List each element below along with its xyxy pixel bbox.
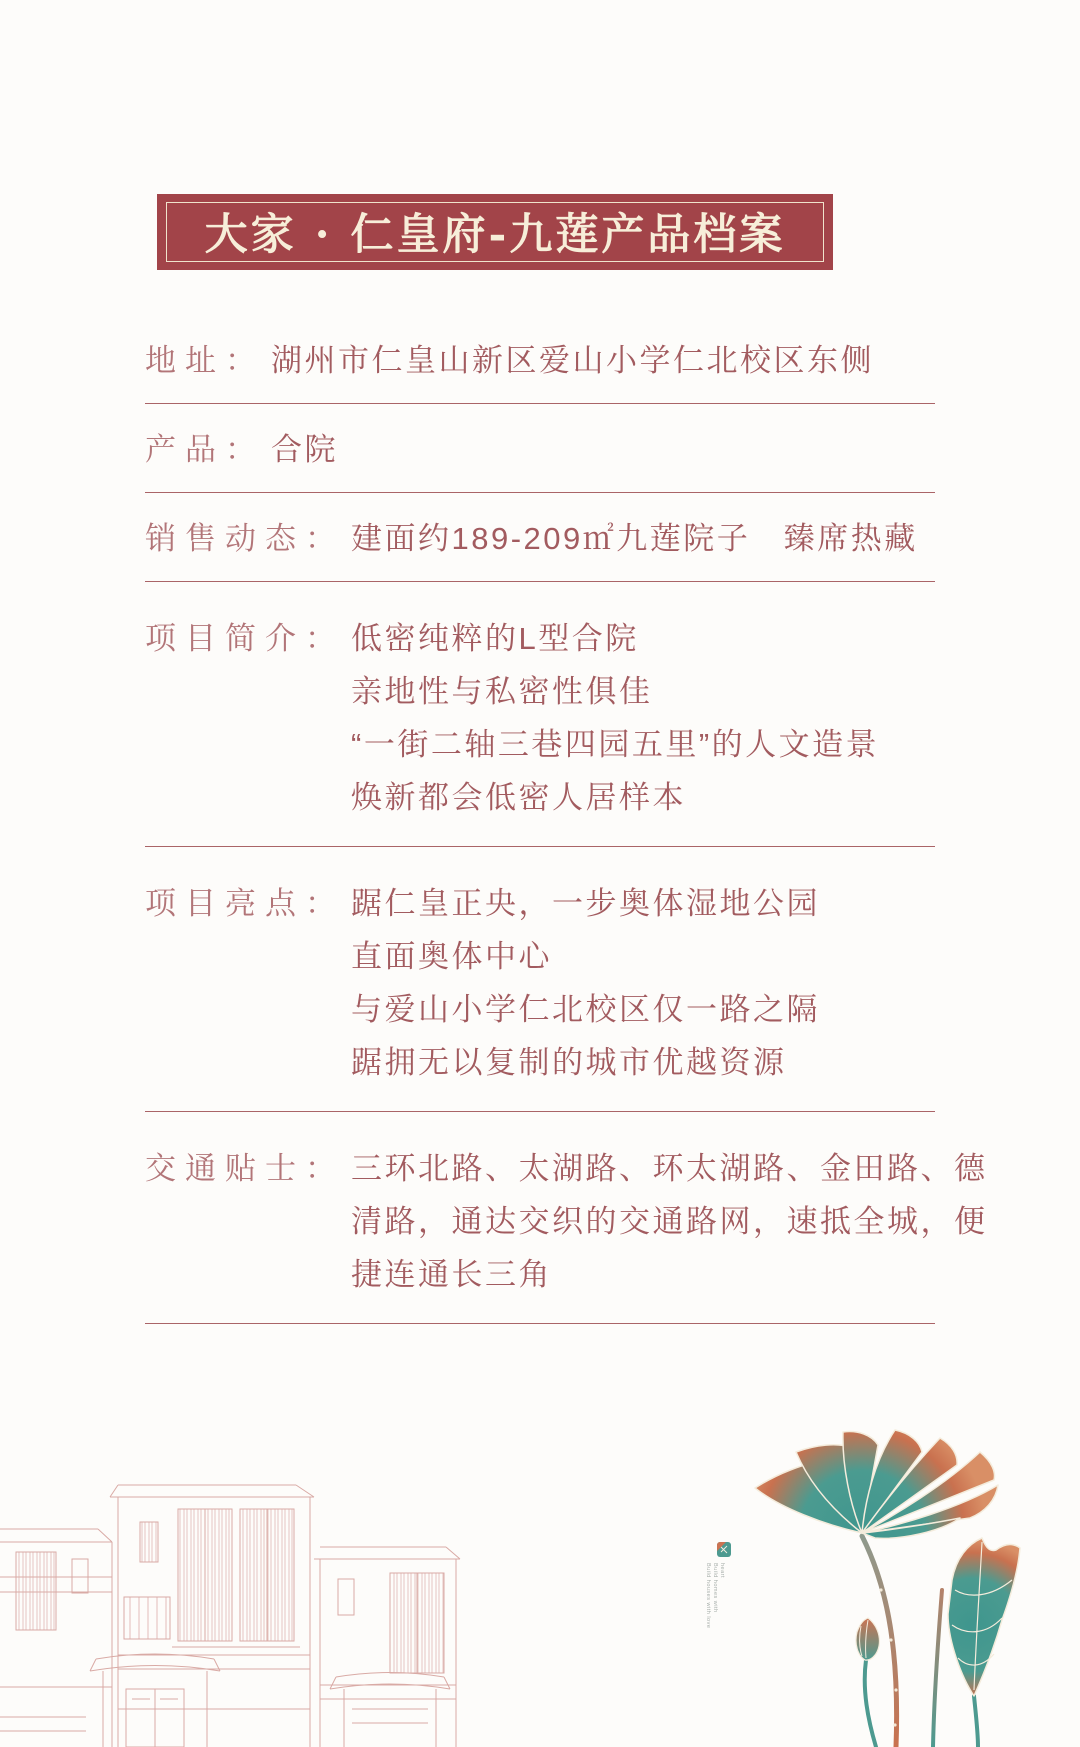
traffic-lines: 三环北路、太湖路、环太湖路、金田路、德 清路，通达交织的交通路网，速抵全城，便 … (351, 1142, 988, 1301)
field-row-product: 产品： 合院 (145, 404, 935, 493)
brand-seal (717, 1542, 731, 1557)
field-label-address: 地址： (145, 339, 265, 383)
field-row-address: 地址： 湖州市仁皇山新区爱山小学仁北校区东侧 (145, 315, 935, 404)
lotus-bud (856, 1618, 879, 1660)
section-intro: 项目简介： 低密纯粹的L型合院 亲地性与私密性俱佳 “一街二轴三巷四园五里”的人… (145, 582, 935, 847)
info-list: 地址： 湖州市仁皇山新区爱山小学仁北校区东侧 产品： 合院 销售动态： 建面约1… (145, 315, 935, 1324)
traffic-line: 三环北路、太湖路、环太湖路、金田路、德 (351, 1142, 988, 1195)
section-highlights: 项目亮点： 踞仁皇正央，一步奥体湿地公园 直面奥体中心 与爱山小学仁北校区仅一路… (145, 847, 935, 1112)
title-banner-border: 大家 · 仁皇府-九莲产品档案 (166, 202, 824, 262)
highlight-line: 踞拥无以复制的城市优越资源 (351, 1036, 820, 1089)
field-label-sales: 销售动态： (145, 517, 345, 561)
field-label-product: 产品： (145, 428, 265, 472)
brand-slogan: Build houses with love Build homes with … (705, 1563, 725, 1628)
highlight-line: 直面奥体中心 (351, 930, 820, 983)
lotus-big-leaf (755, 1430, 998, 1538)
intro-line: 亲地性与私密性俱佳 (351, 665, 879, 718)
poster-page: 大家 · 仁皇府-九莲产品档案 地址： 湖州市仁皇山新区爱山小学仁北校区东侧 产… (0, 0, 1080, 1747)
highlight-line: 踞仁皇正央，一步奥体湿地公园 (351, 877, 820, 930)
architecture-sketch (0, 1447, 465, 1747)
lotus-side-leaf (948, 1538, 1020, 1696)
intro-lines: 低密纯粹的L型合院 亲地性与私密性俱佳 “一街二轴三巷四园五里”的人文造景 焕新… (351, 612, 879, 824)
highlights-lines: 踞仁皇正央，一步奥体湿地公园 直面奥体中心 与爱山小学仁北校区仅一路之隔 踞拥无… (351, 877, 820, 1089)
field-value-address: 湖州市仁皇山新区爱山小学仁北校区东侧 (271, 339, 874, 383)
brand-slogan-line: Build houses with love (705, 1563, 711, 1628)
traffic-line: 清路，通达交织的交通路网，速抵全城，便 (351, 1195, 988, 1248)
field-label-highlights: 项目亮点： (145, 877, 345, 930)
intro-line: “一街二轴三巷四园五里”的人文造景 (351, 718, 879, 771)
field-label-intro: 项目简介： (145, 612, 345, 665)
brand-slogan-line: heart (719, 1563, 725, 1578)
lotus-illustration: Build houses with love Build homes with … (600, 1280, 1080, 1747)
field-value-sales: 建面约189-209㎡九莲院子 臻席热藏 (351, 517, 918, 561)
field-value-product: 合院 (271, 428, 338, 472)
highlight-line: 与爱山小学仁北校区仅一路之隔 (351, 983, 820, 1036)
title-banner: 大家 · 仁皇府-九莲产品档案 (157, 194, 833, 270)
intro-line: 低密纯粹的L型合院 (351, 612, 879, 665)
field-label-traffic: 交通贴士： (145, 1142, 345, 1195)
intro-line: 焕新都会低密人居样本 (351, 771, 879, 824)
brand-slogan-line: Build homes with (712, 1563, 718, 1613)
page-title: 大家 · 仁皇府-九莲产品档案 (205, 201, 786, 264)
field-row-sales: 销售动态： 建面约189-209㎡九莲院子 臻席热藏 (145, 493, 935, 582)
